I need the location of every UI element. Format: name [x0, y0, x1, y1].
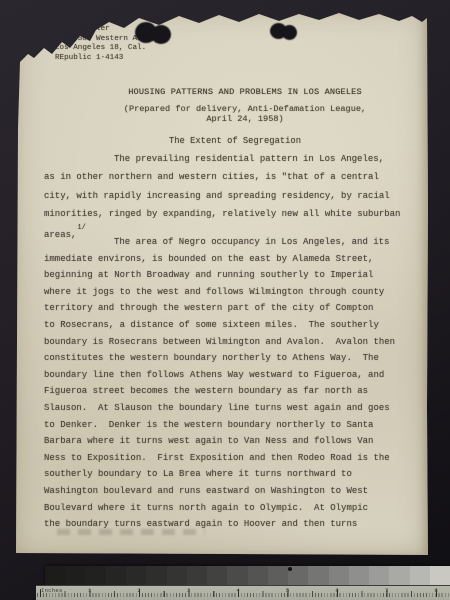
text-line: REpublic 1-4143 [55, 54, 155, 64]
ink-blot [151, 25, 171, 44]
footnote-marker: 1/ [77, 224, 85, 232]
gray-step [65, 566, 85, 585]
text-line: The prevailing residential pattern in Lo… [44, 154, 416, 172]
ruler-number: 2 [137, 587, 140, 594]
gray-step [227, 566, 247, 585]
document-title: HOUSING PATTERNS AND PROBLEMS IN LOS ANG… [60, 87, 430, 97]
grayscale-calibration-bar [45, 566, 450, 585]
text-line: to Denker. Denker is the western boundar… [44, 420, 416, 437]
document-subtitle: (Prepared for delivery, Anti-Defamation … [60, 104, 430, 124]
ink-blot [282, 25, 297, 40]
ruler-number: 1 [88, 587, 91, 594]
text-line: territory and through the western part o… [44, 303, 416, 320]
text-line: Boulevard where it turns north again to … [44, 503, 416, 520]
ruler-number: 3 [187, 587, 190, 594]
gray-step [329, 566, 349, 585]
text-line: minorities, ringed by expanding, relativ… [44, 209, 416, 227]
paragraph-2-lines: The area of Negro occupancy in Los Angel… [44, 237, 416, 536]
gray-step [106, 566, 126, 585]
section-heading: The Extent of Segregation [45, 136, 425, 146]
paragraph-1-lines: The prevailing residential pattern in Lo… [44, 154, 416, 228]
calibration-bar-dot [288, 567, 292, 571]
gray-step [167, 566, 187, 585]
subtitle-line-1: (Prepared for delivery, Anti-Defamation … [60, 104, 430, 114]
gray-step [86, 566, 106, 585]
text-line: southerly boundary to La Brea where it t… [44, 469, 416, 486]
gray-step [146, 566, 166, 585]
gray-step [389, 566, 409, 585]
subtitle-line-2: April 24, 1958) [60, 114, 430, 124]
text-line: Figueroa street becomes the western boun… [44, 386, 416, 403]
gray-step [45, 566, 65, 585]
text-line: The area of Negro occupancy in Los Angel… [44, 237, 416, 254]
text-line: Slauson. At Slauson the boundary line tu… [44, 403, 416, 420]
text-line: boundary line then follows Athens Way we… [44, 370, 416, 387]
paragraph-2: The area of Negro occupancy in Los Angel… [44, 237, 416, 536]
text-line: city, with rapidly increasing and spread… [44, 191, 416, 209]
document-page: Loren Miller2822 So. Western Ave.,Los An… [14, 8, 429, 557]
text-line: Washington boulevard and runs eastward o… [44, 486, 416, 503]
text-line: Barbara where it turns west again to Van… [44, 436, 416, 453]
text-line: Ness to Exposition. First Exposition and… [44, 453, 416, 470]
text-line: beginning at North Broadway and running … [44, 270, 416, 287]
faint-illegible-line [57, 529, 205, 535]
ruler-number: 8 [434, 587, 437, 594]
ruler-number: 5 [286, 587, 289, 594]
gray-step [430, 566, 450, 585]
gray-step [369, 566, 389, 585]
ruler-number: 7 [385, 587, 388, 594]
text-line: boundary is Rosecrans between Wilmington… [44, 337, 416, 354]
text-line: where it jogs to the west and follows Wi… [44, 287, 416, 304]
text-line: constitutes the western boundary norther… [44, 353, 416, 370]
gray-step [268, 566, 288, 585]
gray-step [308, 566, 328, 585]
text-line: to Rosecrans, a distance of some sixteen… [44, 320, 416, 337]
gray-step [126, 566, 146, 585]
text-line: immediate environs, is bounded on the ea… [44, 254, 416, 271]
gray-step [410, 566, 430, 585]
gray-step [349, 566, 369, 585]
ruler-number: 6 [335, 587, 338, 594]
ruler-number: 4 [236, 587, 239, 594]
gray-step [187, 566, 207, 585]
text-line: as in other northern and western cities,… [44, 172, 416, 190]
gray-step [207, 566, 227, 585]
ruler: Inches 12345678 [36, 585, 450, 600]
title-block: HOUSING PATTERNS AND PROBLEMS IN LOS ANG… [60, 87, 430, 124]
paragraph-1: The prevailing residential pattern in Lo… [44, 154, 416, 246]
gray-step [248, 566, 268, 585]
